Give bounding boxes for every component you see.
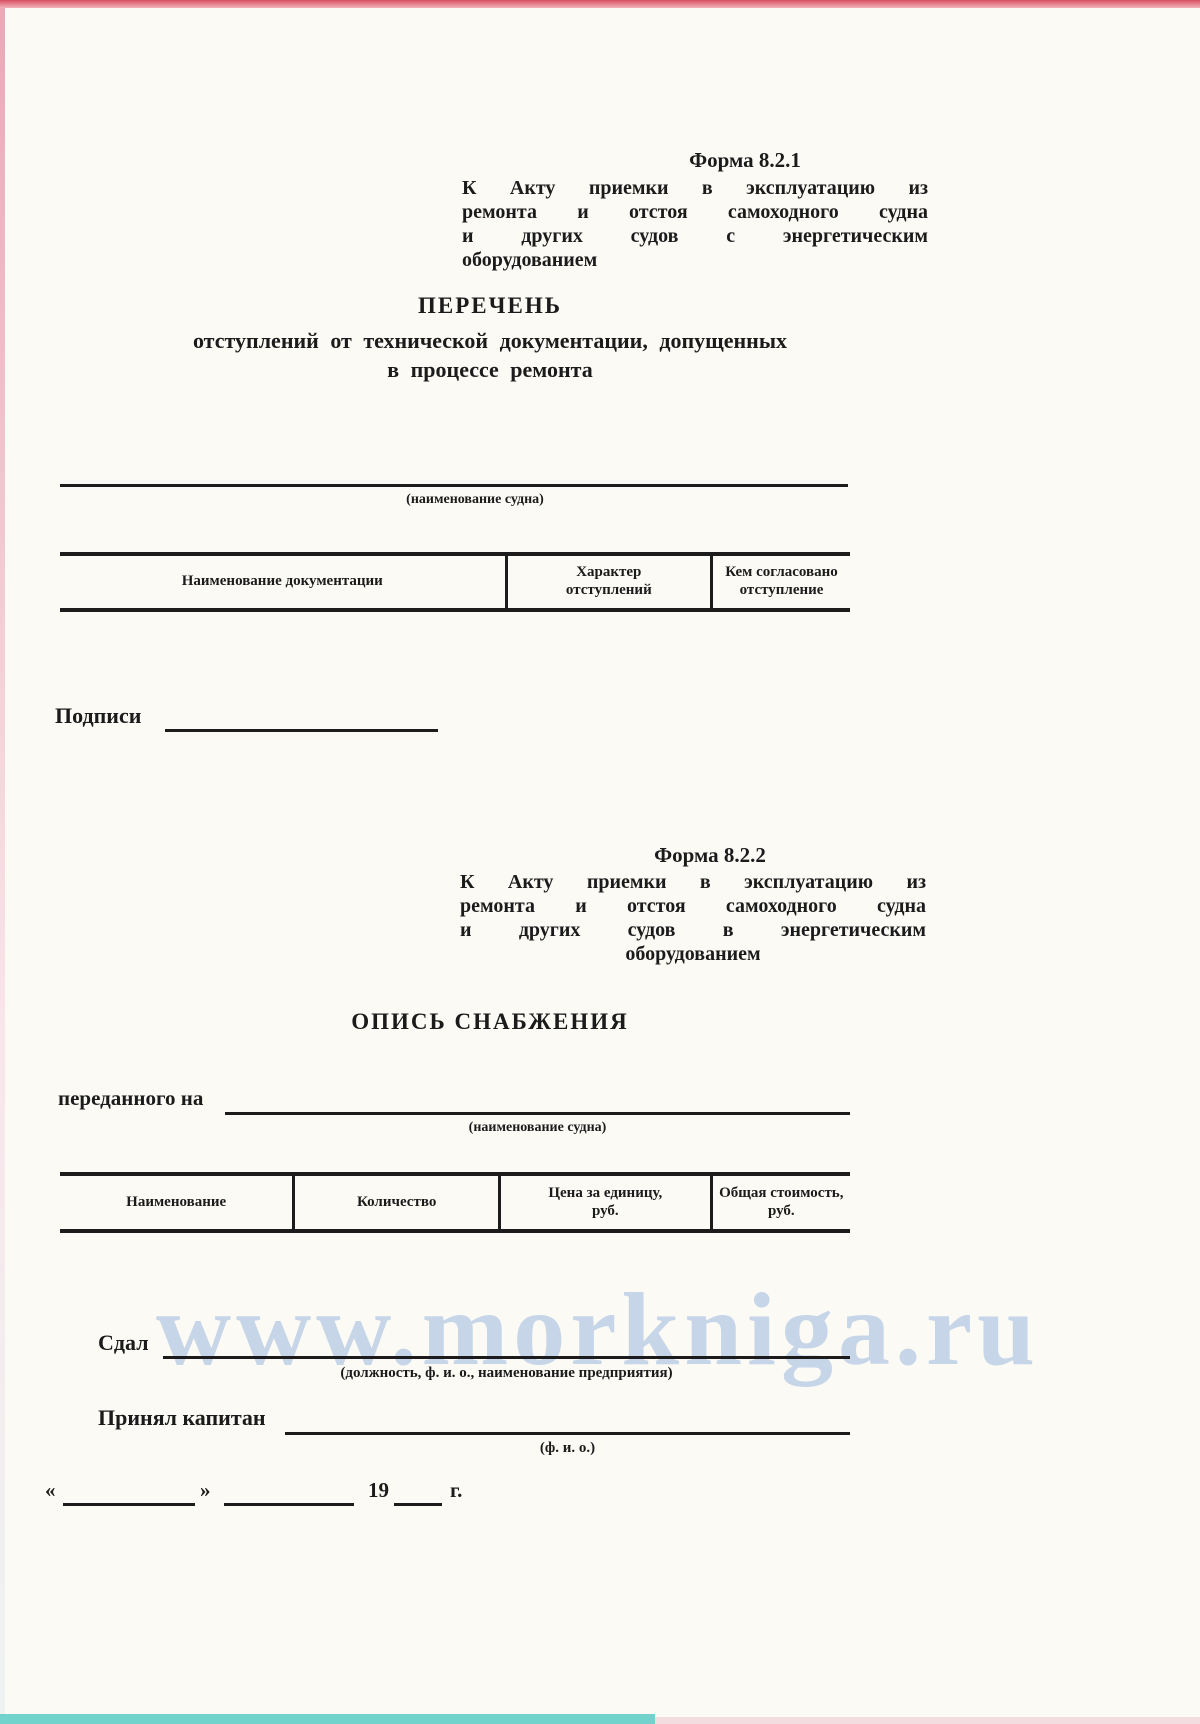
form2-vessel-caption: (наименование судна) [225, 1120, 850, 1136]
form2-reference-line: и других судов в энергетическим [460, 918, 926, 942]
form2-received-blank [285, 1432, 850, 1435]
form1-reference-line: и других судов с энергетическим [462, 224, 928, 248]
form2-table-col-label: Наименование [126, 1194, 226, 1212]
date-year-prefix: 19 [368, 1478, 389, 1503]
form1-table-col-deviation-nature: Характер отступлений [505, 556, 710, 608]
form1-number: Форма 8.2.1 [560, 148, 930, 173]
date-open-quote: « [45, 1478, 56, 1503]
form1-reference-line: ремонта и отстоя самоходного судна [462, 200, 928, 224]
form2-received-label: Принял капитан [98, 1405, 266, 1431]
form1-reference-line: оборудованием [462, 248, 928, 272]
form1-vessel-name-blank [60, 484, 848, 487]
scanned-form-page: www.morkniga.ru Форма 8.2.1 К Акту прием… [0, 0, 1200, 1724]
form1-title: ПЕРЕЧЕНЬ [60, 293, 920, 319]
form2-number: Форма 8.2.2 [525, 843, 895, 868]
date-year-suffix: г. [450, 1478, 462, 1503]
date-close-quote: » [200, 1478, 211, 1503]
form2-reference-line: оборудованием [460, 942, 926, 966]
page-content: Форма 8.2.1 К Акту приемки в эксплуатаци… [0, 0, 1200, 1724]
date-day-blank [63, 1503, 195, 1506]
form2-gave-caption: (должность, ф. и. о., наименование предп… [163, 1365, 850, 1382]
date-month-blank [224, 1503, 354, 1506]
form2-table-col-total-cost: Общая стоимость, руб. [710, 1176, 850, 1229]
form2-table-col-name: Наименование [60, 1176, 292, 1229]
form1-table-col-label: Характер отступлений [549, 564, 669, 599]
form2-gave-blank [163, 1356, 850, 1359]
form1-vessel-caption: (наименование судна) [60, 492, 890, 508]
form1-reference-line: К Акту приемки в эксплуатацию из [462, 176, 928, 200]
form1-signatures-label: Подписи [55, 703, 141, 729]
form2-table-col-quantity: Количество [292, 1176, 498, 1229]
form2-reference-line: ремонта и отстоя самоходного судна [460, 894, 926, 918]
form2-table-header: Наименование Количество Цена за единицу,… [60, 1172, 850, 1233]
form1-table-col-label: Наименование документации [182, 573, 383, 591]
form1-table-col-documentation: Наименование документации [60, 556, 505, 608]
form2-gave-label: Сдал [98, 1330, 149, 1356]
form2-table-col-label: Общая стоимость, руб. [715, 1185, 847, 1220]
form2-title: ОПИСЬ СНАБЖЕНИЯ [60, 1009, 920, 1035]
date-year-blank [394, 1503, 442, 1506]
form1-signatures-blank [165, 729, 438, 732]
form1-subtitle-line1: отступлений от технической документации,… [60, 328, 920, 354]
form1-reference: К Акту приемки в эксплуатацию из ремонта… [462, 176, 928, 272]
form1-table-header: Наименование документации Характер отсту… [60, 552, 850, 612]
form1-table-col-approved-by: Кем согласовано отступление [710, 556, 850, 608]
form2-vessel-name-blank [225, 1112, 850, 1115]
form1-subtitle-line2: в процессе ремонта [60, 357, 920, 383]
form2-reference: К Акту приемки в эксплуатацию из ремонта… [460, 870, 926, 966]
form2-received-caption: (ф. и. о.) [285, 1440, 850, 1457]
form2-table-col-label: Цена за единицу, руб. [534, 1185, 676, 1220]
form2-table-col-label: Количество [357, 1194, 436, 1212]
form2-reference-line: К Акту приемки в эксплуатацию из [460, 870, 926, 894]
form2-table-col-unit-price: Цена за единицу, руб. [498, 1176, 710, 1229]
form1-table-col-label: Кем согласовано отступление [714, 564, 850, 599]
form2-transferred-label: переданного на [58, 1086, 203, 1111]
